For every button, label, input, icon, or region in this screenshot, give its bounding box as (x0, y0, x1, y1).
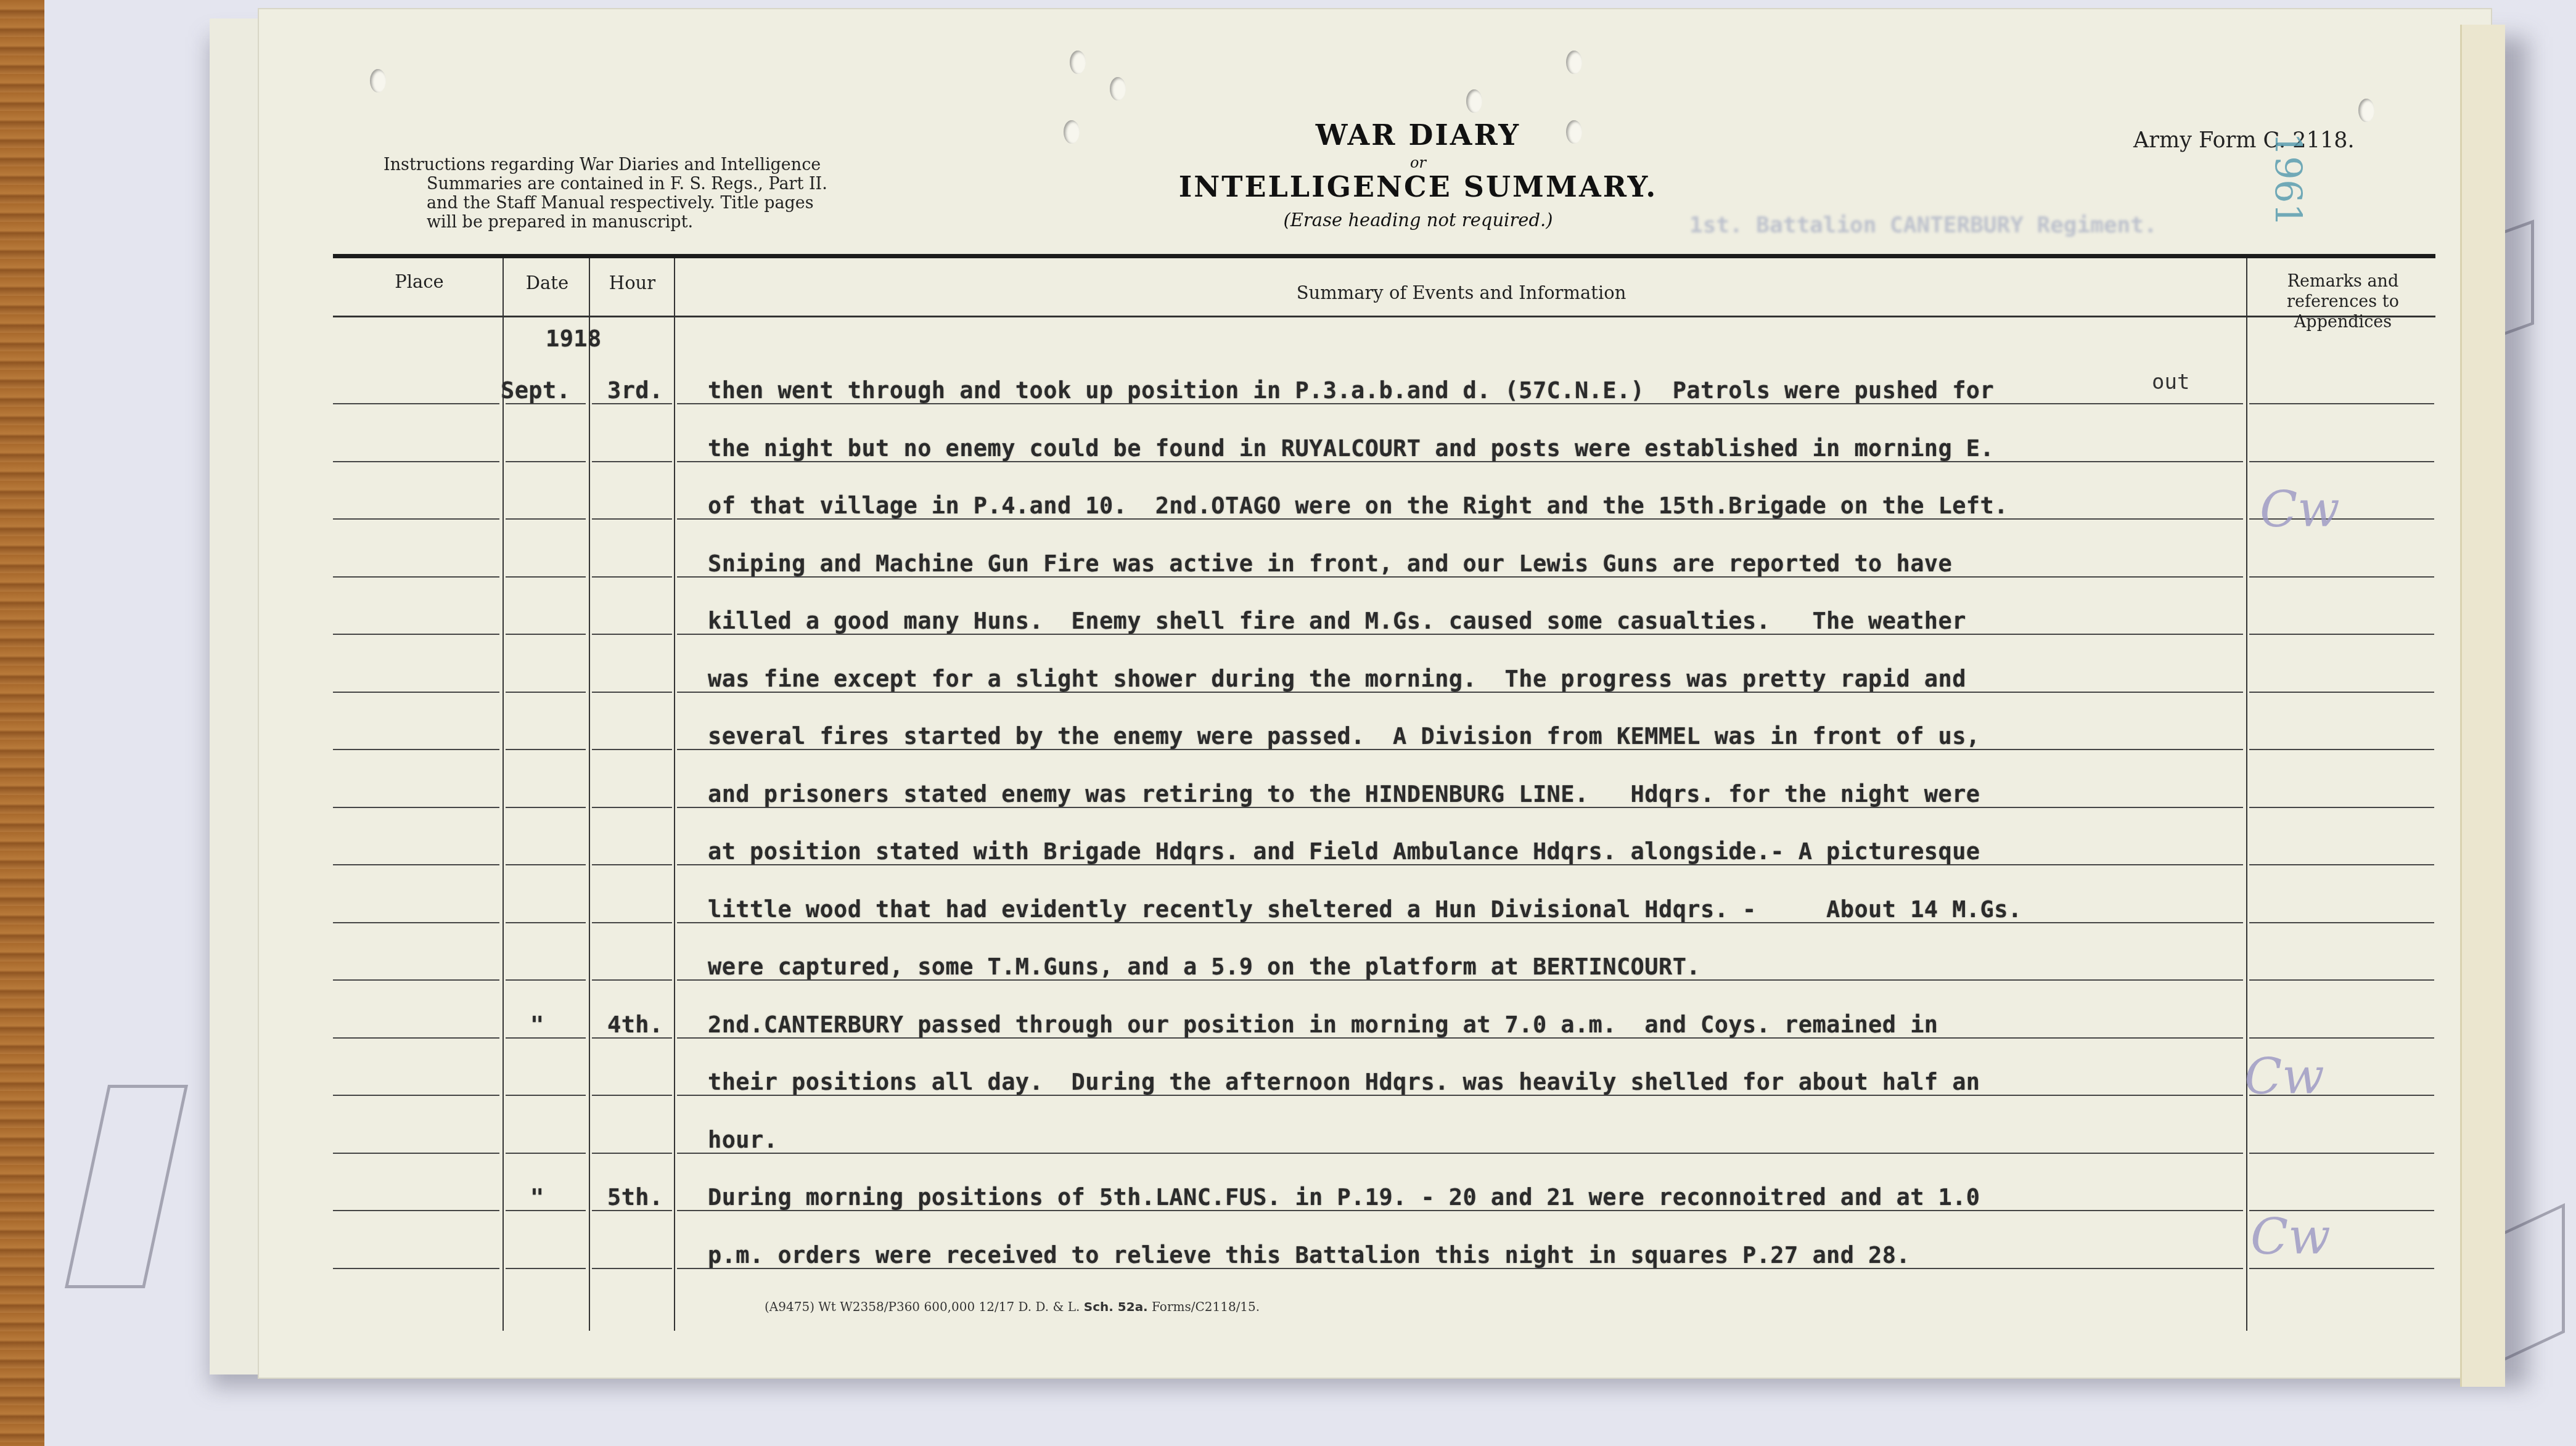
ruled-line (2249, 979, 2434, 981)
header-rule (333, 254, 2435, 258)
ruled-line (506, 692, 586, 693)
entry-hour: 3rd. (607, 377, 663, 404)
ruled-line (592, 922, 672, 923)
punch-hole (1566, 51, 1582, 74)
instructions-line: Instructions regarding War Diaries and I… (384, 155, 877, 174)
entry-text-line: little wood that had evidently recently … (708, 896, 2022, 923)
entry-text-line: then went through and took up position i… (708, 377, 1994, 404)
punch-hole (1466, 89, 1482, 113)
ruled-line (2249, 807, 2434, 808)
ruled-line (2249, 1268, 2434, 1269)
title-intelligence-summary: INTELLIGENCE SUMMARY. (1110, 170, 1726, 203)
column-divider-remarks (2246, 258, 2247, 1331)
ruled-line (506, 749, 586, 750)
entry-text-line: During morning positions of 5th.LANC.FUS… (708, 1184, 1980, 1211)
instructions-line: Summaries are contained in F. S. Regs., … (384, 174, 877, 194)
entry-text-line: their positions all day. During the afte… (708, 1069, 1980, 1095)
ruled-line (506, 461, 586, 462)
entry-text-line: p.m. orders were received to relieve thi… (708, 1242, 1910, 1268)
ruled-line (333, 518, 499, 520)
ruled-line (2249, 864, 2434, 865)
entry-text-line: several fires started by the enemy were … (708, 723, 1980, 750)
header-remarks: Remarks and references to Appendices (2250, 271, 2435, 332)
army-form-number: Army Form C. 2118. (2133, 128, 2355, 153)
ruled-line (506, 576, 586, 578)
ruled-line (592, 1268, 672, 1269)
ruled-line (2249, 692, 2434, 693)
entry-hour: 4th. (607, 1011, 663, 1038)
ruled-line (506, 1153, 586, 1154)
imprint-schedule: Sch. 52a. (1084, 1299, 1148, 1314)
entry-text-line: 2nd.CANTERBURY passed through our positi… (708, 1011, 1938, 1038)
ruled-line (333, 1153, 499, 1154)
entry-text-line: killed a good many Huns. Enemy shell fir… (708, 608, 1966, 634)
ruled-line (506, 1037, 586, 1039)
ruled-line (506, 1095, 586, 1096)
remarks-initials: Cw (2260, 481, 2340, 538)
column-divider-place (502, 258, 504, 1331)
instructions-line: and the Staff Manual respectively. Title… (384, 194, 877, 213)
ruled-line (592, 518, 672, 520)
entry-hour: 5th. (607, 1184, 663, 1211)
ruled-line (506, 518, 586, 520)
ruled-line (2249, 1153, 2434, 1154)
entry-text-line: were captured, some T.M.Guns, and a 5.9 … (708, 954, 1700, 980)
archive-stamp-number: 1961 (2266, 133, 2309, 227)
ruled-line (2249, 634, 2434, 635)
ruled-line (506, 807, 586, 808)
entry-text-line: hour. (708, 1127, 777, 1153)
entry-text-line: of that village in P.4.and 10. 2nd.OTAGO… (708, 492, 2008, 519)
form-title: WAR DIARY or INTELLIGENCE SUMMARY. (Eras… (1110, 118, 1726, 231)
entry-text-line: was fine except for a slight shower duri… (708, 666, 1966, 692)
entry-text-line: and prisoners stated enemy was retiring … (708, 781, 1980, 807)
ruled-line (506, 1210, 586, 1211)
ruled-line (592, 1153, 672, 1154)
ruled-line (592, 461, 672, 462)
ruled-line (333, 1210, 499, 1211)
title-or: or (1110, 154, 1726, 171)
ruled-line (677, 1153, 2243, 1154)
ruled-line (506, 1268, 586, 1269)
entry-date: Sept. (501, 377, 570, 404)
instructions-note: Instructions regarding War Diaries and I… (384, 155, 877, 232)
ruled-line (592, 1095, 672, 1096)
column-divider-hour (674, 258, 675, 1331)
punch-hole (1070, 51, 1086, 74)
entry-text-line: at position stated with Brigade Hdqrs. a… (708, 838, 1980, 865)
ruled-line (506, 922, 586, 923)
ruled-line (333, 461, 499, 462)
imprint-forms: Forms/C2118/15. (1152, 1299, 1260, 1314)
punch-hole (1110, 77, 1126, 100)
ruled-line (333, 922, 499, 923)
ruled-line (592, 576, 672, 578)
erase-note: (Erase heading not required.) (1110, 210, 1726, 231)
header-remarks-line: Appendices (2250, 312, 2435, 332)
punch-hole (370, 69, 386, 92)
header-hour: Hour (591, 272, 674, 293)
sheet-right-edge (2460, 25, 2505, 1387)
ruled-line (2249, 1037, 2434, 1039)
wooden-table-edge (0, 0, 44, 1446)
punch-hole (2358, 99, 2374, 122)
imprint-text: (A9475) Wt W2358/P360 600,000 12/17 D. D… (765, 1299, 1080, 1314)
ruled-line (506, 864, 586, 865)
ruled-line (333, 692, 499, 693)
ruled-line (333, 576, 499, 578)
header-remarks-line: references to (2250, 292, 2435, 312)
ruled-line (333, 979, 499, 981)
ruled-line (333, 864, 499, 865)
ruled-line (592, 692, 672, 693)
ruled-line (592, 634, 672, 635)
ruled-line (592, 749, 672, 750)
remarks-initials: Cw (2244, 1048, 2324, 1105)
ruled-line (333, 403, 499, 404)
header-summary: Summary of Events and Information (678, 282, 2244, 303)
ruled-line (2249, 461, 2434, 462)
ruled-line (506, 979, 586, 981)
inserted-word: out (2152, 370, 2189, 394)
ruled-line (592, 864, 672, 865)
entry-text-line: the night but no enemy could be found in… (708, 435, 1994, 462)
ruled-line (506, 634, 586, 635)
ruled-line (333, 1095, 499, 1096)
ruled-line (2249, 749, 2434, 750)
punch-hole (1064, 120, 1080, 144)
ruled-line (333, 749, 499, 750)
ruled-line (592, 979, 672, 981)
ruled-line (592, 807, 672, 808)
header-place: Place (345, 271, 493, 292)
column-header-rule (333, 316, 2435, 317)
ruled-line (333, 1268, 499, 1269)
column-divider-date (589, 258, 590, 1331)
title-war-diary: WAR DIARY (1110, 118, 1726, 152)
unit-heading-show-through: 1st. Battalion CANTERBURY Regiment. (1689, 213, 2157, 238)
header-date: Date (506, 272, 589, 293)
ruled-line (333, 634, 499, 635)
ruled-line (333, 1037, 499, 1039)
year-entry: 1918 (546, 325, 602, 352)
remarks-initials: Cw (2250, 1208, 2331, 1265)
printer-imprint: (A9475) Wt W2358/P360 600,000 12/17 D. D… (765, 1299, 1260, 1314)
ruled-line (333, 807, 499, 808)
entry-date: " (530, 1011, 544, 1038)
entry-text-line: Sniping and Machine Gun Fire was active … (708, 550, 1952, 577)
ruled-line (2249, 576, 2434, 578)
header-remarks-line: Remarks and (2250, 271, 2435, 292)
instructions-line: will be prepared in manuscript. (384, 213, 877, 232)
entry-date: " (530, 1184, 544, 1211)
ruled-line (2249, 922, 2434, 923)
ruled-line (2249, 403, 2434, 404)
